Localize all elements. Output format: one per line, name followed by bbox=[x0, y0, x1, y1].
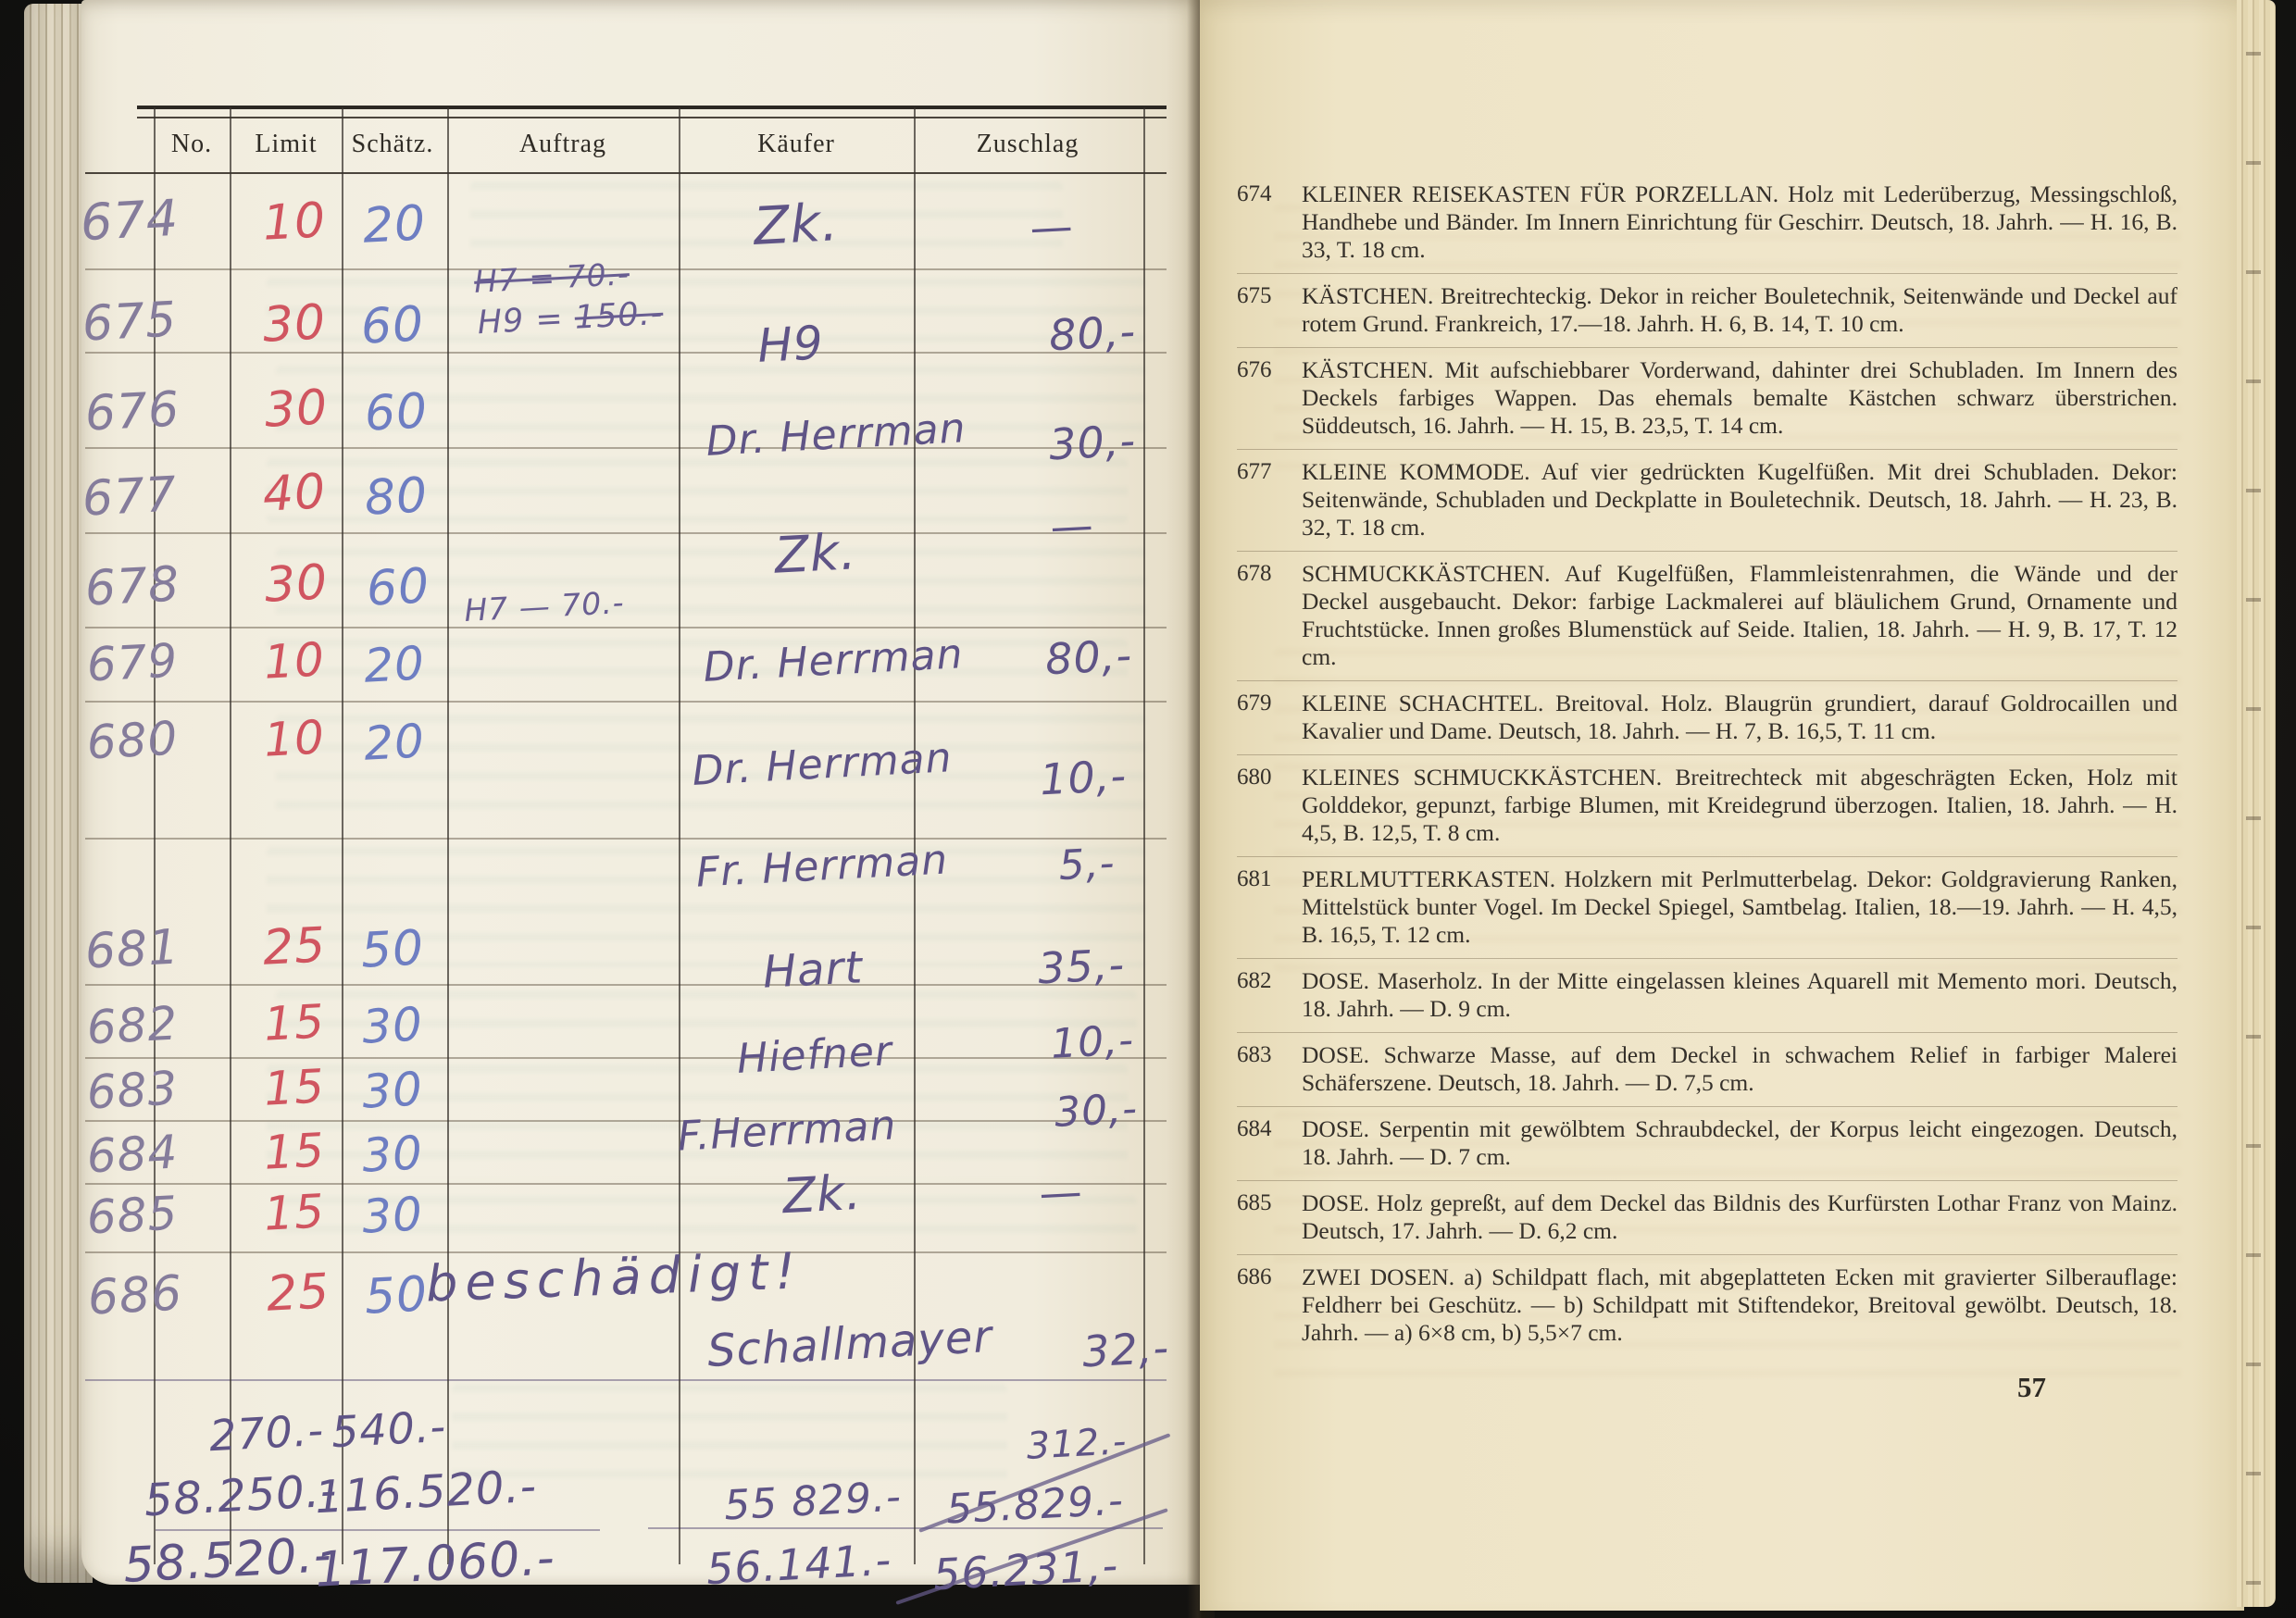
hw-limit: 25 bbox=[261, 917, 327, 976]
hw-schaetz: 60 bbox=[365, 558, 430, 616]
lot-number: 678 bbox=[1237, 560, 1292, 671]
hw-sum-limit-total: 58.520.- bbox=[122, 1527, 333, 1594]
hw-sum-zuschlag-correction: 312.- bbox=[1026, 1420, 1129, 1468]
hw-zuschlag: — bbox=[1038, 1166, 1084, 1218]
lot-number: 674 bbox=[1237, 180, 1292, 264]
hw-lot-no: 680 bbox=[85, 711, 179, 769]
hw-kaeufer: Zk. bbox=[773, 522, 858, 585]
ledger-page: No. Limit Schätz. Auftrag Käufer Zuschla… bbox=[81, 0, 1200, 1585]
catalog-entry: 674KLEINER REISEKASTEN FÜR PORZELLAN. Ho… bbox=[1237, 172, 2177, 273]
catalog-entry: 683DOSE. Schwarze Masse, auf dem Deckel … bbox=[1237, 1032, 2177, 1106]
lot-number: 679 bbox=[1237, 690, 1292, 745]
hw-limit: 10 bbox=[261, 193, 327, 251]
lot-description: KLEINE SCHACHTEL. Breitoval. Holz. Blaug… bbox=[1302, 690, 2177, 745]
hw-lot-no: 686 bbox=[86, 1265, 183, 1326]
hw-zuschlag: 32,- bbox=[1081, 1323, 1170, 1377]
row-rule bbox=[85, 1183, 1167, 1185]
lot-number: 683 bbox=[1237, 1041, 1292, 1097]
lot-description: PERLMUTTERKASTEN. Holzkern mit Perlmutte… bbox=[1302, 865, 2177, 949]
hw-sum-zuschlag-b2: 56.231,- bbox=[932, 1540, 1120, 1599]
hw-zuschlag: — bbox=[1049, 500, 1095, 552]
hw-schaetz: 50 bbox=[359, 920, 425, 978]
lot-number: 684 bbox=[1237, 1115, 1292, 1171]
lot-number: 676 bbox=[1237, 356, 1292, 440]
catalog-entry: 680KLEINES SCHMUCKKÄSTCHEN. Breitrechtec… bbox=[1237, 754, 2177, 856]
book-spread: No. Limit Schätz. Auftrag Käufer Zuschla… bbox=[0, 0, 2296, 1618]
row-rule bbox=[85, 1120, 1167, 1122]
hw-zuschlag: 35,- bbox=[1037, 940, 1126, 994]
fore-edge-ticks bbox=[2246, 0, 2261, 1607]
hw-zuschlag: 10,- bbox=[1050, 1016, 1135, 1068]
hw-schaetz: 30 bbox=[361, 1187, 425, 1243]
row-rule bbox=[85, 838, 1167, 840]
lot-description: KÄSTCHEN. Mit aufschiebbarer Vorderwand,… bbox=[1302, 356, 2177, 440]
hw-schaetz: 80 bbox=[363, 467, 429, 526]
catalog-page: 674KLEINER REISEKASTEN FÜR PORZELLAN. Ho… bbox=[1200, 0, 2244, 1611]
hw-auftrag-label: H9 = bbox=[477, 300, 576, 342]
catalog-entries: 674KLEINER REISEKASTEN FÜR PORZELLAN. Ho… bbox=[1237, 172, 2177, 1404]
col-header-auftrag: Auftrag bbox=[519, 130, 606, 159]
hw-limit: 15 bbox=[263, 1059, 327, 1115]
column-rule bbox=[679, 107, 680, 1564]
lot-description: KLEINE KOMMODE. Auf vier gedrückten Kuge… bbox=[1302, 458, 2177, 541]
row-rule bbox=[85, 352, 1167, 354]
hw-sum-limit-page: 270.- bbox=[208, 1405, 326, 1461]
row-rule bbox=[85, 984, 1167, 986]
lot-description: KLEINES SCHMUCKKÄSTCHEN. Breitrechteck m… bbox=[1302, 764, 2177, 847]
hw-zuschlag: 80,- bbox=[1044, 630, 1133, 685]
hw-limit: 25 bbox=[265, 1263, 331, 1322]
row-rule bbox=[85, 532, 1167, 534]
hw-limit: 15 bbox=[263, 994, 327, 1051]
hw-schaetz: 30 bbox=[361, 1126, 425, 1182]
hw-kaeufer: H9 bbox=[756, 316, 825, 373]
hw-lot-no: 679 bbox=[85, 633, 179, 691]
hw-lot-no: 682 bbox=[85, 996, 179, 1054]
hw-kaeufer: Hart bbox=[762, 941, 865, 999]
hw-sum-schaetz-page: 540.- bbox=[331, 1401, 448, 1457]
table-rule bbox=[137, 117, 1167, 118]
lot-number: 686 bbox=[1237, 1263, 1292, 1347]
hw-lot-no: 683 bbox=[85, 1061, 179, 1119]
col-header-no: No. bbox=[171, 130, 212, 159]
table-rule bbox=[85, 172, 1167, 174]
row-rule bbox=[85, 447, 1167, 449]
hw-kaeufer: Schallmayer bbox=[706, 1311, 994, 1377]
row-rule bbox=[85, 1057, 1167, 1059]
lot-description: DOSE. Schwarze Masse, auf dem Deckel in … bbox=[1302, 1041, 2177, 1097]
col-header-limit: Limit bbox=[255, 130, 317, 159]
hw-sum-limit-carry: 58.250.- bbox=[143, 1465, 338, 1527]
catalog-entry: 678SCHMUCKKÄSTCHEN. Auf Kugelfüßen, Flam… bbox=[1237, 551, 2177, 680]
lot-description: KÄSTCHEN. Breitrechteckig. Dekor in reic… bbox=[1302, 282, 2177, 338]
hw-schaetz: 20 bbox=[363, 636, 427, 692]
lot-number: 685 bbox=[1237, 1189, 1292, 1245]
hw-zuschlag: 5,- bbox=[1057, 840, 1116, 890]
hw-limit: 30 bbox=[263, 380, 329, 438]
hw-schaetz: 30 bbox=[361, 1062, 425, 1118]
hw-lot-no: 675 bbox=[81, 292, 178, 352]
lot-number: 680 bbox=[1237, 764, 1292, 847]
catalog-entry: 686ZWEI DOSEN. a) Schildpatt flach, mit … bbox=[1237, 1254, 2177, 1356]
hw-lot-no: 676 bbox=[83, 381, 181, 442]
hw-limit: 40 bbox=[261, 464, 327, 522]
hw-limit: 10 bbox=[263, 710, 327, 766]
hw-limit: 10 bbox=[263, 632, 327, 689]
hw-zuschlag: 30,- bbox=[1054, 1085, 1139, 1137]
catalog-entry: 684DOSE. Serpentin mit gewölbtem Schraub… bbox=[1237, 1106, 2177, 1180]
hw-lot-no: 678 bbox=[83, 556, 181, 616]
right-page-fore-edge bbox=[2237, 0, 2276, 1607]
lot-number: 675 bbox=[1237, 282, 1292, 338]
sum-rule bbox=[85, 1379, 1167, 1381]
catalog-entry: 685DOSE. Holz gepreßt, auf dem Deckel da… bbox=[1237, 1180, 2177, 1254]
lot-number: 681 bbox=[1237, 865, 1292, 949]
hw-lot-no: 684 bbox=[85, 1125, 179, 1183]
col-header-kaeufer: Käufer bbox=[757, 130, 835, 159]
hw-zuschlag: — bbox=[1029, 201, 1075, 253]
hw-sum-zuschlag-a1: 55 829.- bbox=[723, 1474, 903, 1530]
hw-limit: 15 bbox=[263, 1184, 327, 1240]
catalog-entry: 677KLEINE KOMMODE. Auf vier gedrückten K… bbox=[1237, 449, 2177, 551]
catalog-entry: 682DOSE. Maserholz. In der Mitte eingela… bbox=[1237, 958, 2177, 1032]
hw-lot-no: 674 bbox=[79, 189, 180, 252]
lot-description: DOSE. Serpentin mit gewölbtem Schraubdec… bbox=[1302, 1115, 2177, 1171]
hw-zuschlag: 10,- bbox=[1039, 751, 1128, 805]
hw-schaetz: 50 bbox=[363, 1266, 429, 1325]
hw-kaeufer: Zk. bbox=[781, 1165, 863, 1225]
hw-auftrag-value: 150.- bbox=[574, 295, 665, 337]
table-rule bbox=[137, 106, 1167, 109]
catalog-entry: 681PERLMUTTERKASTEN. Holzkern mit Perlmu… bbox=[1237, 856, 2177, 958]
hw-limit: 30 bbox=[261, 294, 327, 353]
hw-schaetz: 20 bbox=[361, 195, 427, 254]
hw-auftrag-note: H7 — 70.- bbox=[464, 584, 626, 629]
row-rule bbox=[85, 627, 1167, 629]
page-number: 57 bbox=[1237, 1371, 2177, 1404]
hw-lot-no: 681 bbox=[83, 919, 181, 979]
row-rule bbox=[85, 701, 1167, 703]
col-header-schaetz: Schätz. bbox=[352, 130, 434, 159]
hw-zuschlag: 30,- bbox=[1048, 416, 1137, 470]
hw-zuschlag: 80,- bbox=[1048, 306, 1137, 361]
column-rule bbox=[230, 107, 231, 1564]
lot-description: KLEINER REISEKASTEN FÜR PORZELLAN. Holz … bbox=[1302, 180, 2177, 264]
hw-schaetz: 60 bbox=[363, 383, 429, 442]
hw-limit: 30 bbox=[263, 554, 329, 613]
lot-number: 682 bbox=[1237, 967, 1292, 1023]
lot-description: DOSE. Holz gepreßt, auf dem Deckel das B… bbox=[1302, 1189, 2177, 1245]
hw-schaetz: 30 bbox=[361, 997, 425, 1053]
column-rule bbox=[447, 107, 449, 1564]
hw-kaeufer: Hiefner bbox=[736, 1027, 893, 1083]
catalog-entry: 679KLEINE SCHACHTEL. Breitoval. Holz. Bl… bbox=[1237, 680, 2177, 754]
col-header-zuschlag: Zuschlag bbox=[977, 130, 1079, 159]
hw-sum-schaetz-carry: 116.520.- bbox=[314, 1461, 539, 1524]
hw-schaetz: 20 bbox=[363, 714, 427, 770]
column-rule bbox=[342, 107, 343, 1564]
catalog-entry: 675KÄSTCHEN. Breitrechteckig. Dekor in r… bbox=[1237, 273, 2177, 347]
hw-lot-no: 677 bbox=[81, 467, 178, 527]
hw-schaetz: 60 bbox=[359, 296, 425, 355]
hw-kaeufer: Zk. bbox=[753, 193, 841, 257]
catalog-entry: 676KÄSTCHEN. Mit aufschiebbarer Vorderwa… bbox=[1237, 347, 2177, 449]
lot-description: SCHMUCKKÄSTCHEN. Auf Kugelfüßen, Flammle… bbox=[1302, 560, 2177, 671]
hw-limit: 15 bbox=[263, 1123, 327, 1179]
lot-description: DOSE. Maserholz. In der Mitte eingelasse… bbox=[1302, 967, 2177, 1023]
hw-damage-note: beschädigt! bbox=[425, 1241, 804, 1313]
hw-sum-zuschlag-b1: 56.141.- bbox=[705, 1535, 893, 1594]
lot-number: 677 bbox=[1237, 458, 1292, 541]
hw-sum-schaetz-total: 117.060.- bbox=[314, 1530, 556, 1598]
lot-description: ZWEI DOSEN. a) Schildpatt flach, mit abg… bbox=[1302, 1263, 2177, 1347]
hw-lot-no: 685 bbox=[85, 1186, 179, 1244]
